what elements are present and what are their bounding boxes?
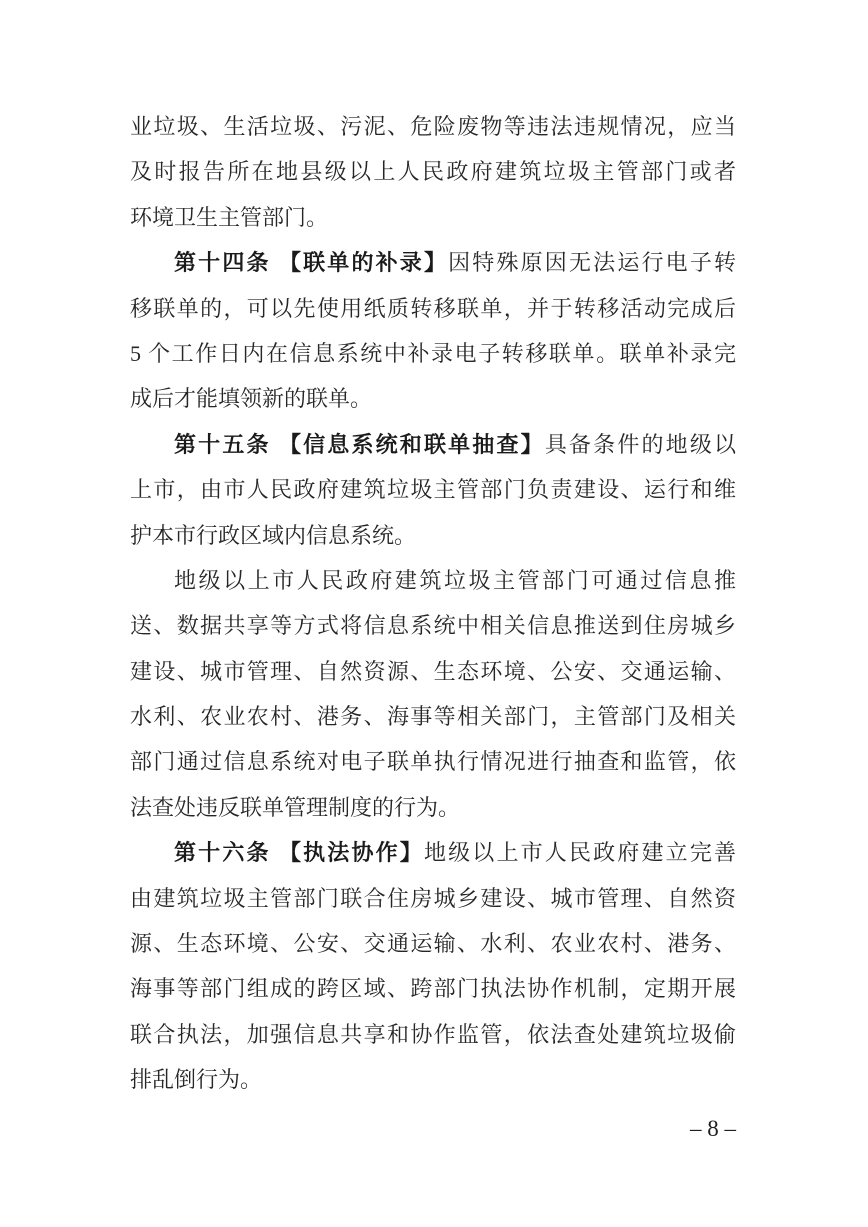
document-body: 业垃圾、生活垃圾、污泥、危险废物等违法违规情况，应当及时报告所在地县级以上人民政… xyxy=(130,104,736,1103)
text-line: 第十四条 【联单的补录】因特殊原因无法运行电子转 xyxy=(130,240,736,285)
text-line: 5 个工作日内在信息系统中补录电子转移联单。联单补录完 xyxy=(130,331,736,376)
text-segment: 送、数据共享等方式将信息系统中相关信息推送到住房城乡 xyxy=(130,613,736,638)
text-line: 源、生态环境、公安、交通运输、水利、农业农村、港务、 xyxy=(130,921,736,966)
document-page: 业垃圾、生活垃圾、污泥、危险废物等违法违规情况，应当及时报告所在地县级以上人民政… xyxy=(0,0,868,1227)
text-segment: 具备条件的地级以 xyxy=(545,432,736,457)
text-segment: 海事等部门组成的跨区域、跨部门执法协作机制，定期开展 xyxy=(130,976,736,1001)
text-line: 由建筑垃圾主管部门联合住房城乡建设、城市管理、自然资 xyxy=(130,876,736,921)
text-line: 法查处违反联单管理制度的行为。 xyxy=(130,785,736,830)
text-segment: 法查处违反联单管理制度的行为。 xyxy=(130,795,460,820)
text-segment: 部门通过信息系统对电子联单执行情况进行抽查和监管，依 xyxy=(130,749,736,774)
text-segment: 源、生态环境、公安、交通运输、水利、农业农村、港务、 xyxy=(130,931,736,956)
text-line: 建设、城市管理、自然资源、生态环境、公安、交通运输、 xyxy=(130,649,736,694)
text-line: 第十五条 【信息系统和联单抽查】具备条件的地级以 xyxy=(130,422,736,467)
text-segment: 地级以上市人民政府建筑垃圾主管部门可通过信息推 xyxy=(174,568,736,593)
text-segment: 因特殊原因无法运行电子转 xyxy=(448,250,736,275)
text-segment: 联合执法，加强信息共享和协作监管，依法查处建筑垃圾偷 xyxy=(130,1022,736,1047)
text-line: 上市，由市人民政府建筑垃圾主管部门负责建设、运行和维 xyxy=(130,467,736,512)
text-line: 护本市行政区域内信息系统。 xyxy=(130,513,736,558)
text-line: 地级以上市人民政府建筑垃圾主管部门可通过信息推 xyxy=(130,558,736,603)
text-segment: 水利、农业农村、港务、海事等相关部门，主管部门及相关 xyxy=(130,704,736,729)
text-segment: 环境卫生主管部门。 xyxy=(130,205,328,230)
text-segment: 排乱倒行为。 xyxy=(130,1067,262,1092)
text-segment: 建设、城市管理、自然资源、生态环境、公安、交通运输、 xyxy=(130,659,736,684)
text-segment: 上市，由市人民政府建筑垃圾主管部门负责建设、运行和维 xyxy=(130,477,736,502)
text-segment: 5 个工作日内在信息系统中补录电子转移联单。联单补录完 xyxy=(130,341,736,366)
text-line: 海事等部门组成的跨区域、跨部门执法协作机制，定期开展 xyxy=(130,966,736,1011)
text-line: 成后才能填领新的联单。 xyxy=(130,376,736,421)
article-heading: 第十四条 【联单的补录】 xyxy=(174,250,448,275)
text-segment: 由建筑垃圾主管部门联合住房城乡建设、城市管理、自然资 xyxy=(130,886,736,911)
text-line: 联合执法，加强信息共享和协作监管，依法查处建筑垃圾偷 xyxy=(130,1012,736,1057)
page-footer: – 8 – xyxy=(130,1114,736,1144)
text-line: 业垃圾、生活垃圾、污泥、危险废物等违法违规情况，应当 xyxy=(130,104,736,149)
article-heading: 第十五条 【信息系统和联单抽查】 xyxy=(174,432,545,457)
text-segment: 护本市行政区域内信息系统。 xyxy=(130,523,416,548)
article-heading: 第十六条 【执法协作】 xyxy=(174,840,424,865)
text-segment: 成后才能填领新的联单。 xyxy=(130,386,372,411)
text-line: 送、数据共享等方式将信息系统中相关信息推送到住房城乡 xyxy=(130,603,736,648)
page-number: – 8 – xyxy=(690,1116,736,1141)
text-line: 环境卫生主管部门。 xyxy=(130,195,736,240)
text-line: 排乱倒行为。 xyxy=(130,1057,736,1102)
text-segment: 移联单的，可以先使用纸质转移联单，并于转移活动完成后 xyxy=(130,296,736,321)
text-line: 移联单的，可以先使用纸质转移联单，并于转移活动完成后 xyxy=(130,286,736,331)
text-line: 水利、农业农村、港务、海事等相关部门，主管部门及相关 xyxy=(130,694,736,739)
text-line: 第十六条 【执法协作】地级以上市人民政府建立完善 xyxy=(130,830,736,875)
text-segment: 业垃圾、生活垃圾、污泥、危险废物等违法违规情况，应当 xyxy=(130,114,736,139)
text-segment: 地级以上市人民政府建立完善 xyxy=(424,840,736,865)
text-segment: 及时报告所在地县级以上人民政府建筑垃圾主管部门或者 xyxy=(130,159,736,184)
text-line: 及时报告所在地县级以上人民政府建筑垃圾主管部门或者 xyxy=(130,149,736,194)
text-line: 部门通过信息系统对电子联单执行情况进行抽查和监管，依 xyxy=(130,739,736,784)
